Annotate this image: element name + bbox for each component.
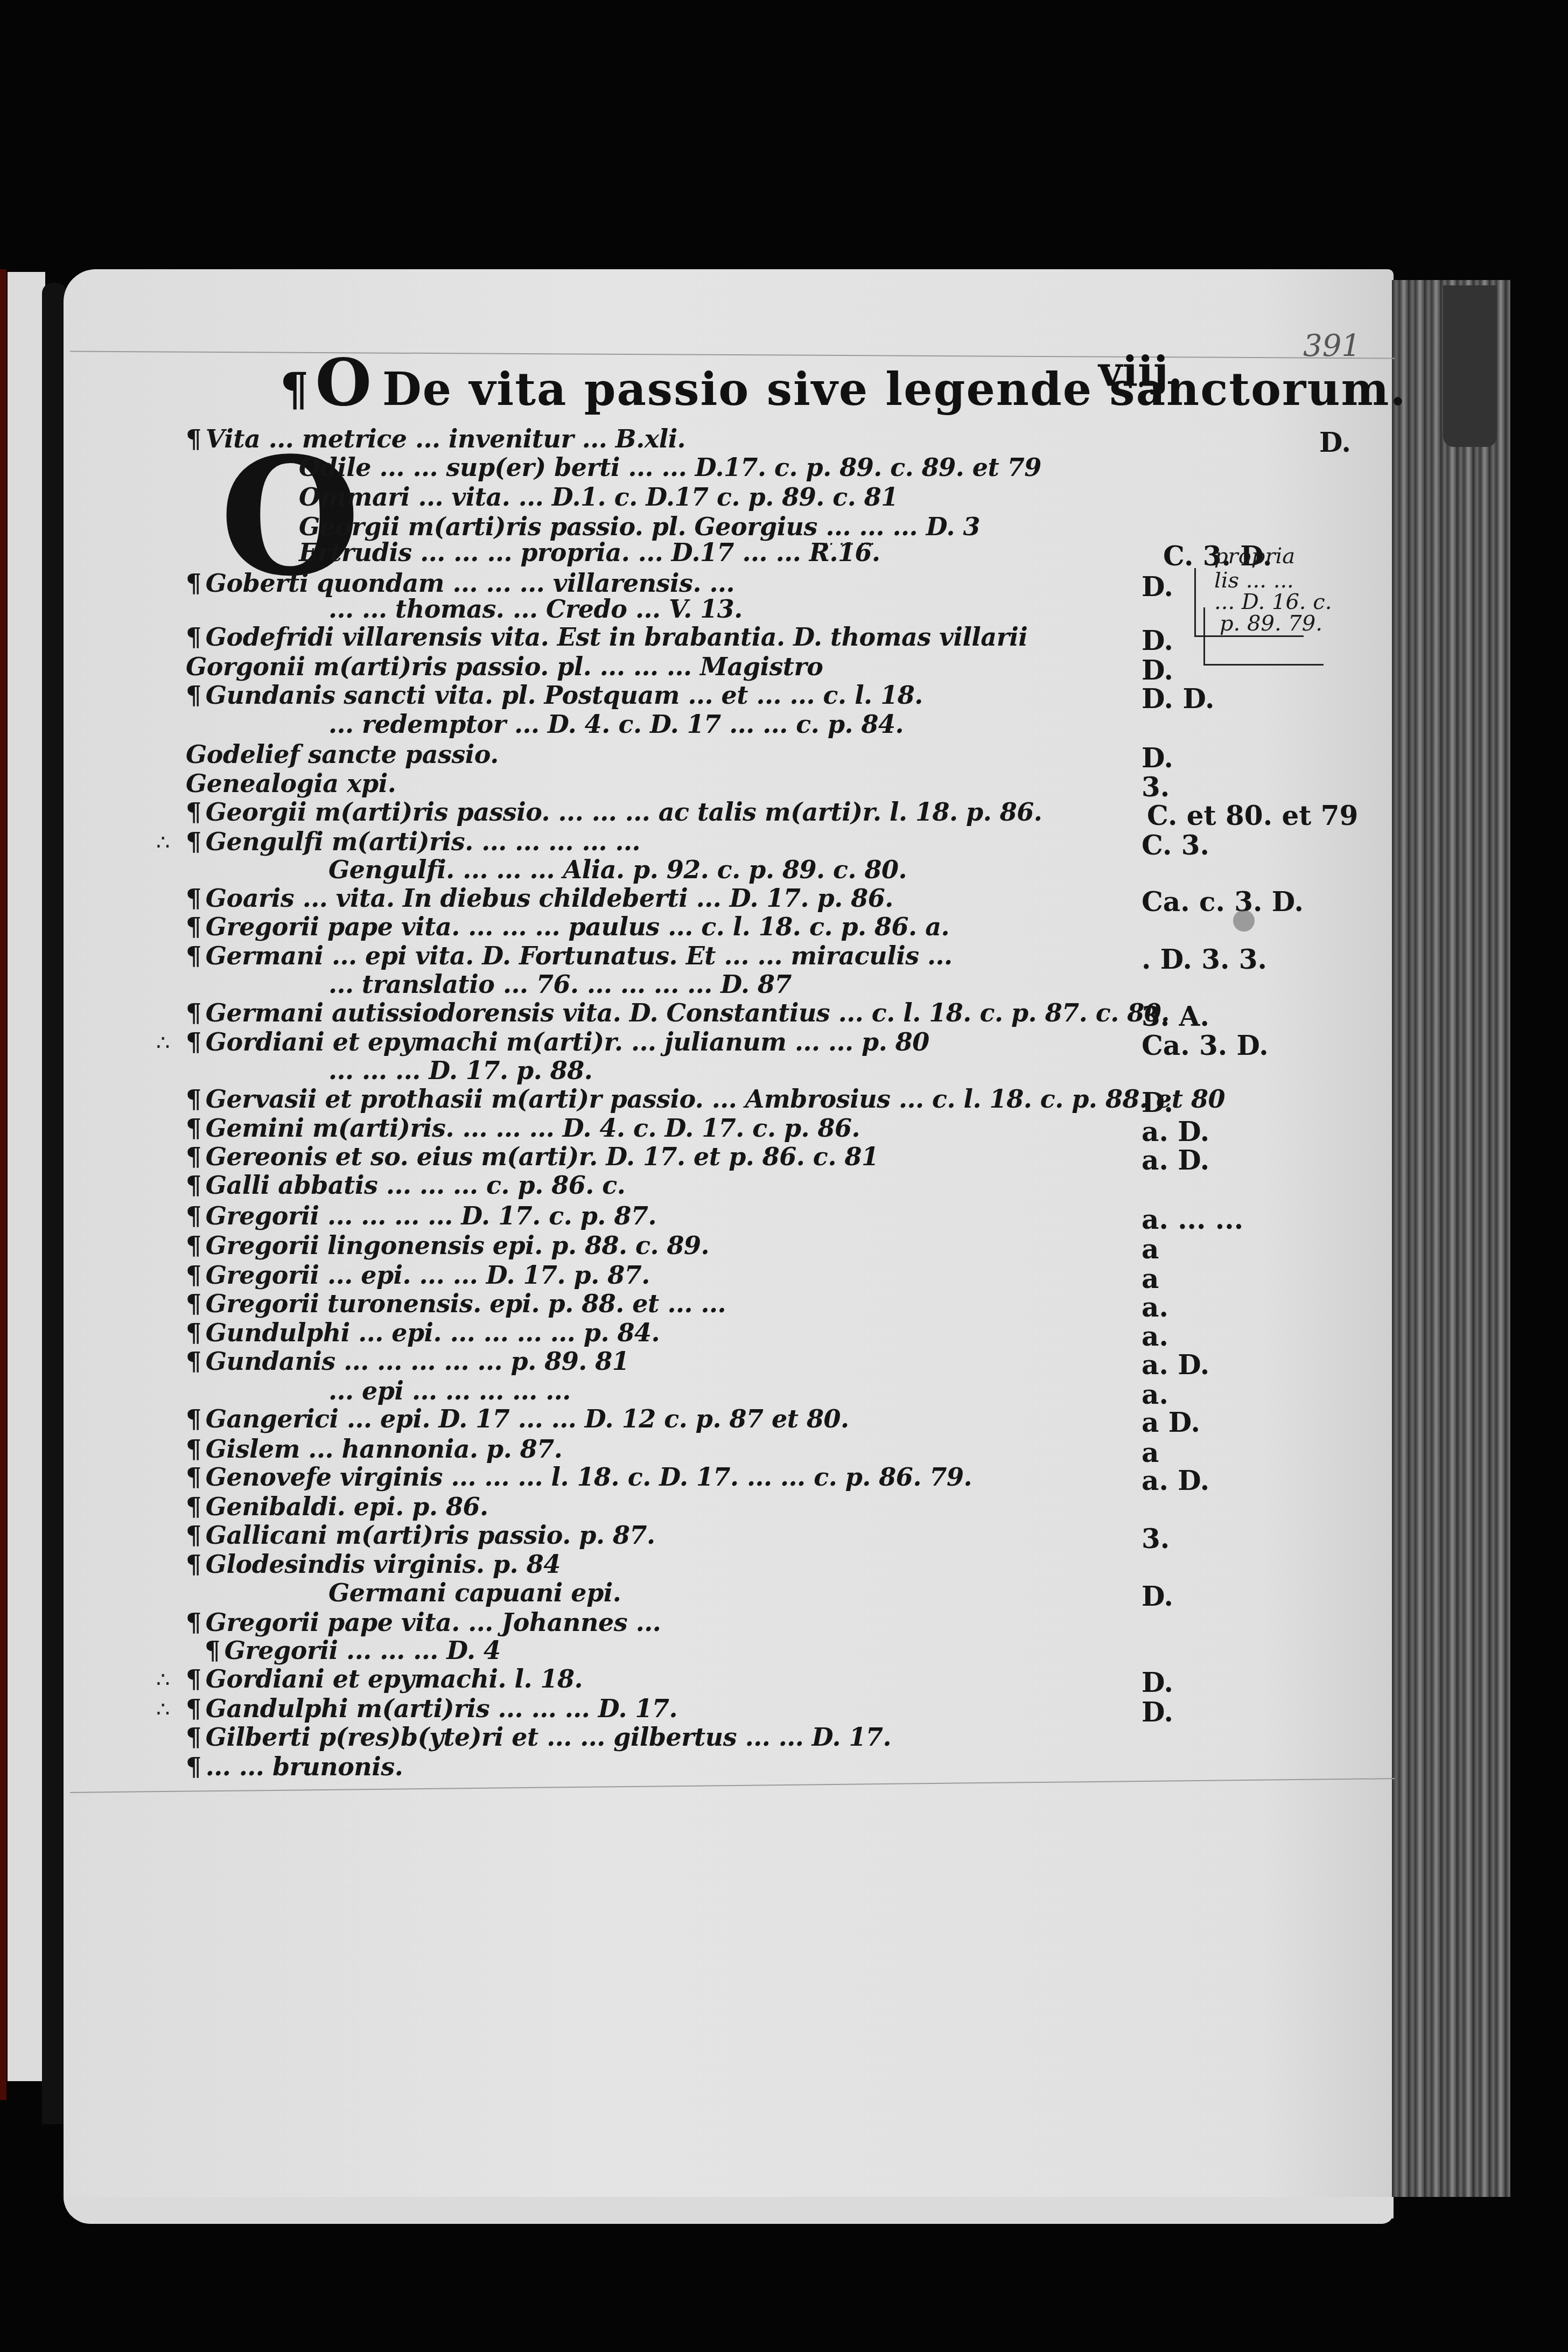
- entry-mark: D.: [1142, 571, 1173, 603]
- paragraph-mark-icon: ¶: [186, 1608, 201, 1637]
- index-entry: ... epi ... ... ... ... ...: [328, 1378, 571, 1403]
- paragraph-mark-icon: ¶: [186, 1404, 201, 1433]
- margin-dots: ∴: [156, 1668, 170, 1692]
- index-entry: ¶Gengulfi m(arti)ris. ... ... ... ... ..…: [186, 829, 640, 854]
- index-entry: Genealogia xpi.: [186, 771, 396, 796]
- paragraph-mark-icon: ¶: [186, 1664, 201, 1693]
- paragraph-mark-icon: ¶: [186, 827, 201, 856]
- entry-mark: D.: [1142, 1087, 1173, 1118]
- paragraph-mark-icon: ¶: [186, 1142, 201, 1171]
- paragraph-mark-icon: ¶: [186, 1347, 201, 1376]
- index-entry: ¶Gervasii et prothasii m(arti)r passio. …: [186, 1087, 1225, 1111]
- entry-text: Godefridi villarensis vita. Est in braba…: [206, 622, 1028, 652]
- entry-text: Goberti quondam ... ... ... villarensis.…: [206, 569, 734, 598]
- paragraph-mark-icon: ¶: [186, 1231, 201, 1260]
- index-entry: ¶Gregorii ... ... ... D. 4: [205, 1638, 501, 1663]
- entry-mark: D.: [1142, 654, 1173, 686]
- entry-mark: D.: [1142, 742, 1173, 774]
- entry-text: Ommari ... vita. ... D.1. c. D.17 c. p. …: [299, 482, 898, 512]
- entry-text: Gregorii ... epi. ... ... D. 17. p. 87.: [206, 1261, 650, 1290]
- index-entry: ¶Gregorii ... ... ... ... D. 17. c. p. 8…: [186, 1203, 656, 1228]
- paragraph-mark-icon: ¶: [186, 622, 201, 652]
- entry-text: Gregorii turonensis. epi. p. 88. et ... …: [206, 1289, 726, 1318]
- index-entry: Georgii m(arti)ris passio. pl. Georgius …: [299, 514, 980, 539]
- index-entry: ¶Genibaldi. epi. p. 86.: [186, 1494, 488, 1519]
- entry-mark: 3.: [1142, 771, 1170, 803]
- entry-text: Goaris ... vita. In diebus childeberti .…: [206, 884, 893, 913]
- paragraph-mark-icon: ¶: [186, 1084, 201, 1114]
- entry-mark: a: [1142, 1437, 1159, 1468]
- entry-text: Ertrudis ... ... ... propria. ... D.17 .…: [299, 538, 880, 567]
- interlinear-note: ... ... ...: [818, 530, 875, 549]
- entry-mark: 3. A.: [1142, 1000, 1209, 1032]
- index-entry: ¶Gundanis ... ... ... ... ... p. 89. 81: [186, 1349, 629, 1374]
- entry-text: Genibaldi. epi. p. 86.: [206, 1492, 488, 1521]
- entry-text: Gorgonii m(arti)ris passio. pl. ... ... …: [186, 652, 823, 681]
- index-entry: Gorgonii m(arti)ris passio. pl. ... ... …: [186, 654, 823, 679]
- entry-mark: a. D.: [1142, 1144, 1209, 1176]
- entry-text: Galli abbatis ... ... ... c. p. 86. c.: [206, 1171, 626, 1200]
- index-entry: ¶Gallicani m(arti)ris passio. p. 87.: [186, 1523, 655, 1548]
- index-entry: ¶Germani ... epi vita. D. Fortunatus. Et…: [186, 943, 953, 968]
- entry-text: Georgii m(arti)ris passio. pl. Georgius …: [299, 512, 980, 541]
- entry-text: Gregorii lingonensis epi. p. 88. c. 89.: [206, 1231, 709, 1260]
- entry-text: Gilberti p(res)b(yte)ri et ... ... gilbe…: [206, 1723, 891, 1752]
- entry-text: Germani capuani epi.: [328, 1578, 621, 1607]
- index-entry: ¶Gereonis et so. eius m(arti)r. D. 17. e…: [186, 1144, 878, 1169]
- entry-text: Gandulphi m(arti)ris ... ... ... D. 17.: [206, 1694, 677, 1723]
- index-entry: ¶Gundulphi ... epi. ... ... ... ... p. 8…: [186, 1320, 660, 1345]
- index-entry: ¶Goaris ... vita. In diebus childeberti …: [186, 886, 893, 911]
- paragraph-mark-icon: ¶: [186, 1492, 201, 1521]
- entry-text: Gemini m(arti)ris. ... ... ... D. 4. c. …: [206, 1114, 860, 1143]
- entry-mark: C. 3.: [1142, 829, 1209, 861]
- entry-text: Genovefe virginis ... ... ... l. 18. c. …: [206, 1462, 972, 1492]
- paragraph-mark-icon: ¶: [186, 1114, 201, 1143]
- entry-text: Gundanis sancti vita. pl. Postquam ... e…: [206, 681, 923, 710]
- paragraph-mark-icon: ¶: [186, 1261, 201, 1290]
- index-entry: ¶Gislem ... hannonia. p. 87.: [186, 1437, 562, 1461]
- entry-mark: Ca. 3. D.: [1142, 1030, 1269, 1061]
- index-entry: ¶Gilberti p(res)b(yte)ri et ... ... gilb…: [186, 1725, 891, 1749]
- paragraph-mark-icon: ¶: [186, 912, 201, 941]
- entry-text: Gengulfi m(arti)ris. ... ... ... ... ...: [206, 827, 640, 856]
- paragraph-mark-icon: ¶: [186, 1027, 201, 1056]
- entry-text: Glodesindis virginis. p. 84: [206, 1550, 561, 1579]
- margin-note: propria: [1214, 544, 1295, 569]
- entry-text: Gereonis et so. eius m(arti)r. D. 17. et…: [206, 1142, 879, 1171]
- entry-mark: D.: [1142, 1667, 1173, 1698]
- entry-text: Gordiani et epymachi. l. 18.: [206, 1664, 583, 1693]
- index-entry: ¶Gordiani et epymachi m(arti)r. ... juli…: [186, 1030, 929, 1054]
- index-entry: ¶Vita ... metrice ... invenitur ... B.xl…: [186, 426, 685, 451]
- index-entry: ... ... thomas. ... Credo ... V. 13.: [328, 597, 743, 621]
- entry-text: Germani ... epi vita. D. Fortunatus. Et …: [206, 941, 953, 970]
- entry-text: Gregorii pape vita. ... Johannes ...: [206, 1608, 661, 1637]
- entry-mark: D.: [1319, 426, 1351, 458]
- paragraph-mark-icon: ¶: [186, 1434, 201, 1464]
- entry-mark: Ca. c. 3. D.: [1142, 886, 1304, 918]
- entry-mark: D.: [1142, 1580, 1173, 1612]
- index-entry: Ertrudis ... ... ... propria. ... D.17 .…: [299, 540, 880, 565]
- entry-mark: D. D.: [1142, 683, 1214, 715]
- entry-mark: D.: [1142, 1696, 1173, 1728]
- index-entry: ¶Gregorii pape vita. ... Johannes ...: [186, 1610, 661, 1635]
- entry-text: Genealogia xpi.: [186, 769, 396, 798]
- entry-mark: a.: [1142, 1320, 1168, 1352]
- index-entry: ¶Georgii m(arti)ris passio. ... ... ... …: [186, 800, 1042, 824]
- entry-text: Germani autissiodorensis vita. D. Consta…: [206, 998, 1170, 1027]
- index-entry: ¶Gemini m(arti)ris. ... ... ... D. 4. c.…: [186, 1116, 860, 1140]
- entry-mark: a. ... ...: [1142, 1203, 1243, 1235]
- margin-dots: ∴: [156, 830, 170, 855]
- paragraph-mark-icon: ¶: [186, 797, 201, 827]
- entry-mark: a: [1142, 1233, 1159, 1265]
- entry-text: Vita ... metrice ... invenitur ... B.xli…: [206, 424, 685, 453]
- paragraph-mark-icon: ¶: [186, 1171, 201, 1200]
- entry-mark: C. et 80. et 79: [1147, 800, 1358, 831]
- paragraph-mark-icon: ¶: [186, 1752, 201, 1781]
- index-entry: ... ... ... D. 17. p. 88.: [328, 1058, 592, 1083]
- index-entry: ¶Gregorii ... epi. ... ... D. 17. p. 87.: [186, 1263, 650, 1287]
- index-entry: ¶... ... brunonis.: [186, 1754, 403, 1779]
- paragraph-mark-icon: ¶: [186, 941, 201, 970]
- index-entry: ¶Galli abbatis ... ... ... c. p. 86. c.: [186, 1173, 625, 1198]
- entry-text: Gislem ... hannonia. p. 87.: [206, 1434, 562, 1464]
- paragraph-mark-icon: ¶: [186, 569, 201, 598]
- margin-note: p. 89. 79.: [1220, 611, 1322, 636]
- paragraph-mark-icon: ¶: [186, 884, 201, 913]
- index-entry: Germani capuani epi.: [328, 1580, 621, 1605]
- index-entry: Godelief sancte passio.: [186, 742, 499, 767]
- index-entry: ¶Gundanis sancti vita. pl. Postquam ... …: [186, 683, 923, 708]
- index-entry: ¶Gregorii turonensis. epi. p. 88. et ...…: [186, 1291, 726, 1316]
- paragraph-mark-icon: ¶: [186, 998, 201, 1027]
- margin-dots: ∴: [156, 1031, 170, 1055]
- paragraph-mark-icon: ¶: [186, 1462, 201, 1492]
- entry-text: Gregorii pape vita. ... ... ... paulus .…: [206, 912, 949, 941]
- entry-text: Gregorii ... ... ... D. 4: [225, 1636, 501, 1665]
- entry-mark: a. D.: [1142, 1116, 1209, 1147]
- entry-mark: a D.: [1142, 1406, 1200, 1438]
- paragraph-mark-icon: ¶: [186, 1201, 201, 1230]
- ink-smudge: [1233, 910, 1255, 932]
- paragraph-mark-icon: ¶: [186, 1521, 201, 1550]
- entry-text: Gallicani m(arti)ris passio. p. 87.: [206, 1521, 655, 1550]
- entry-text: Gundanis ... ... ... ... ... p. 89. 81: [206, 1347, 629, 1376]
- entry-text: Gregorii ... ... ... ... D. 17. c. p. 87…: [206, 1201, 656, 1230]
- entry-mark: a: [1142, 1263, 1159, 1294]
- paragraph-mark-icon: ¶: [186, 1289, 201, 1318]
- entry-text: ... translatio ... 76. ... ... ... ... D…: [328, 970, 792, 999]
- entry-text: Gundulphi ... epi. ... ... ... ... p. 84…: [206, 1318, 660, 1347]
- index-entry: ¶Glodesindis virginis. p. 84: [186, 1552, 561, 1577]
- entry-text: Odile ... ... sup(er) berti ... ... D.17…: [299, 453, 1041, 482]
- index-entry: Ommari ... vita. ... D.1. c. D.17 c. p. …: [299, 485, 898, 509]
- entry-text: ... ... thomas. ... Credo ... V. 13.: [328, 594, 743, 624]
- entry-list: ¶Vita ... metrice ... invenitur ... B.xl…: [0, 0, 1568, 2352]
- paragraph-mark-icon: ¶: [186, 1694, 201, 1723]
- index-entry: Odile ... ... sup(er) berti ... ... D.17…: [299, 455, 1041, 480]
- entry-text: ... ... brunonis.: [206, 1752, 403, 1781]
- entry-text: Gervasii et prothasii m(arti)r passio. .…: [206, 1084, 1225, 1114]
- entry-text: Gordiani et epymachi m(arti)r. ... julia…: [206, 1027, 929, 1056]
- paragraph-mark-icon: ¶: [205, 1636, 220, 1665]
- entry-mark: a.: [1142, 1291, 1168, 1323]
- index-entry: ¶Germani autissiodorensis vita. D. Const…: [186, 1000, 1170, 1025]
- entry-text: ... ... ... D. 17. p. 88.: [328, 1056, 592, 1085]
- index-entry: ¶Gangerici ... epi. D. 17 ... ... D. 12 …: [186, 1406, 849, 1431]
- index-entry: ... redemptor ... D. 4. c. D. 17 ... ...…: [328, 712, 904, 737]
- index-entry: ... translatio ... 76. ... ... ... ... D…: [328, 972, 792, 997]
- entry-mark: . D. 3. 3.: [1142, 943, 1267, 975]
- index-entry: ¶Genovefe virginis ... ... ... l. 18. c.…: [186, 1465, 972, 1489]
- entry-text: ... redemptor ... D. 4. c. D. 17 ... ...…: [328, 710, 904, 739]
- index-entry: ¶Goberti quondam ... ... ... villarensis…: [186, 571, 734, 596]
- entry-text: Gangerici ... epi. D. 17 ... ... D. 12 c…: [206, 1404, 849, 1433]
- index-entry: ¶Godefridi villarensis vita. Est in brab…: [186, 625, 1027, 649]
- entry-mark: D.: [1142, 625, 1173, 656]
- entry-mark: a. D.: [1142, 1349, 1209, 1381]
- entry-text: ... epi ... ... ... ... ...: [328, 1376, 571, 1405]
- entry-mark: 3.: [1142, 1523, 1170, 1555]
- paragraph-mark-icon: ¶: [186, 1723, 201, 1752]
- paragraph-mark-icon: ¶: [186, 1550, 201, 1579]
- paragraph-mark-icon: ¶: [186, 681, 201, 710]
- entry-mark: a. D.: [1142, 1465, 1209, 1496]
- entry-mark: a.: [1142, 1378, 1168, 1410]
- paragraph-mark-icon: ¶: [186, 1318, 201, 1347]
- entry-text: Gengulfi. ... ... ... Alia. p. 92. c. p.…: [328, 855, 907, 884]
- index-entry: ¶Gregorii lingonensis epi. p. 88. c. 89.: [186, 1233, 709, 1258]
- index-entry: ¶Gregorii pape vita. ... ... ... paulus …: [186, 914, 949, 939]
- index-entry: ¶Gordiani et epymachi. l. 18.: [186, 1667, 583, 1691]
- margin-dots: ∴: [156, 1697, 170, 1722]
- paragraph-mark-icon: ¶: [186, 424, 201, 453]
- index-entry: Gengulfi. ... ... ... Alia. p. 92. c. p.…: [328, 857, 907, 882]
- entry-text: Georgii m(arti)ris passio. ... ... ... a…: [206, 797, 1042, 827]
- entry-text: Godelief sancte passio.: [186, 740, 499, 769]
- index-entry: ¶Gandulphi m(arti)ris ... ... ... D. 17.: [186, 1696, 677, 1721]
